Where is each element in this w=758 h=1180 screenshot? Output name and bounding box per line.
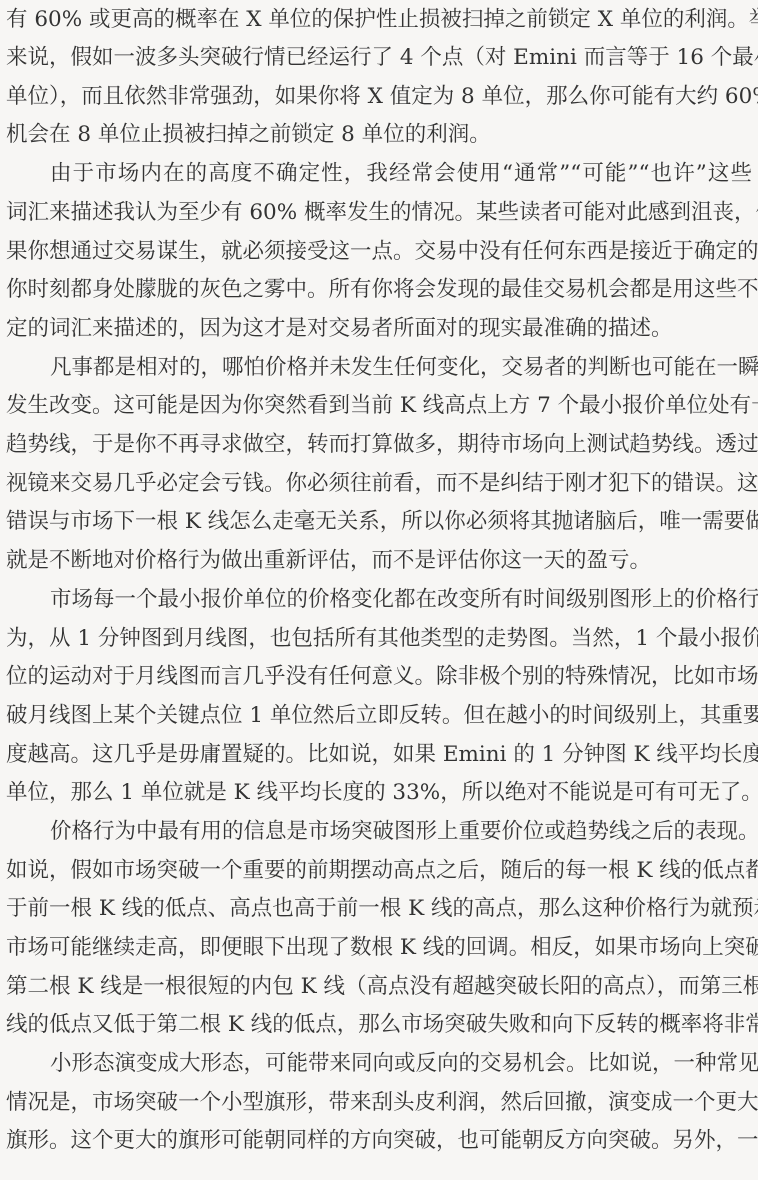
text-line: 为，从 1 分钟图到月线图，也包括所有其他类型的走势图。当然，1 个最小报价单 <box>6 620 752 658</box>
text-line: 错误与市场下一根 K 线怎么走毫无关系，所以你必须将其抛诸脑后，唯一需要做的 <box>6 503 752 541</box>
text-line: 趋势线，于是你不再寻求做空，转而打算做多，期待市场向上测试趋势线。透过后 <box>6 426 752 464</box>
text-line-indented: 市场每一个最小报价单位的价格变化都在改变所有时间级别图形上的价格行 <box>50 581 752 619</box>
text-line: 线的低点又低于第二根 K 线的低点，那么市场突破失败和向下反转的概率将非常高。 <box>6 1006 752 1044</box>
text-line: 单位），而且依然非常强劲，如果你将 X 值定为 8 单位，那么你可能有大约 60… <box>6 78 752 116</box>
text-line: 市场可能继续走高，即便眼下出现了数根 K 线的回调。相反，如果市场向上突破之后， <box>6 929 752 967</box>
text-line: 位的运动对于月线图而言几乎没有任何意义。除非极个别的特殊情况，比如市场突 <box>6 658 752 696</box>
book-page: 有 60% 或更高的概率在 X 单位的保护性止损被扫掉之前锁定 X 单位的利润。… <box>0 0 758 1180</box>
text-line: 果你想通过交易谋生，就必须接受这一点。交易中没有任何东西是接近于确定的， <box>6 233 752 271</box>
text-line-indented: 凡事都是相对的，哪怕价格并未发生任何变化，交易者的判断也可能在一瞬间 <box>50 349 752 387</box>
text-line: 如说，假如市场突破一个重要的前期摆动高点之后，随后的每一根 K 线的低点都高 <box>6 852 752 890</box>
text-line: 定的词汇来描述的，因为这才是对交易者所面对的现实最准确的描述。 <box>6 310 752 348</box>
text-line: 旗形。这个更大的旗形可能朝同样的方向突破，也可能朝反方向突破。另外，一个 <box>6 1122 752 1160</box>
text-line: 单位，那么 1 单位就是 K 线平均长度的 33%，所以绝对不能说是可有可无了。 <box>6 774 752 812</box>
text-line: 破月线图上某个关键点位 1 单位然后立即反转。但在越小的时间级别上，其重要程 <box>6 697 752 735</box>
text-line: 你时刻都身处朦胧的灰色之雾中。所有你将会发现的最佳交易机会都是用这些不确 <box>6 271 752 309</box>
text-line-indented: 由于市场内在的高度不确定性，我经常会使用“通常”“可能”“也许”这些 <box>50 155 752 193</box>
text-line: 发生改变。这可能是因为你突然看到当前 K 线高点上方 7 个最小报价单位处有一根 <box>6 387 752 425</box>
text-line-indented: 价格行为中最有用的信息是市场突破图形上重要价位或趋势线之后的表现。比 <box>50 813 752 851</box>
text-line: 词汇来描述我认为至少有 60% 概率发生的情况。某些读者可能对此感到沮丧，但如 <box>6 194 752 232</box>
text-line: 于前一根 K 线的低点、高点也高于前一根 K 线的高点，那么这种价格行为就预示着 <box>6 890 752 928</box>
text-line-indented: 小形态演变成大形态，可能带来同向或反向的交易机会。比如说，一种常见的 <box>50 1045 752 1083</box>
text-line: 机会在 8 单位止损被扫掉之前锁定 8 单位的利润。 <box>6 116 752 154</box>
text-line: 来说，假如一波多头突破行情已经运行了 4 个点（对 Emini 而言等于 16 … <box>6 39 752 77</box>
text-line: 就是不断地对价格行为做出重新评估，而不是评估你这一天的盈亏。 <box>6 542 752 580</box>
text-line: 度越高。这几乎是毋庸置疑的。比如说，如果 Emini 的 1 分钟图 K 线平均… <box>6 736 752 774</box>
text-line: 视镜来交易几乎必定会亏钱。你必须往前看，而不是纠结于刚才犯下的错误。这些 <box>6 465 752 503</box>
text-line: 第二根 K 线是一根很短的内包 K 线（高点没有超越突破长阳的高点），而第三根 … <box>6 968 752 1006</box>
text-line: 情况是，市场突破一个小型旗形，带来刮头皮利润，然后回撤，演变成一个更大的 <box>6 1084 752 1122</box>
text-line: 有 60% 或更高的概率在 X 单位的保护性止损被扫掉之前锁定 X 单位的利润。… <box>6 1 752 39</box>
